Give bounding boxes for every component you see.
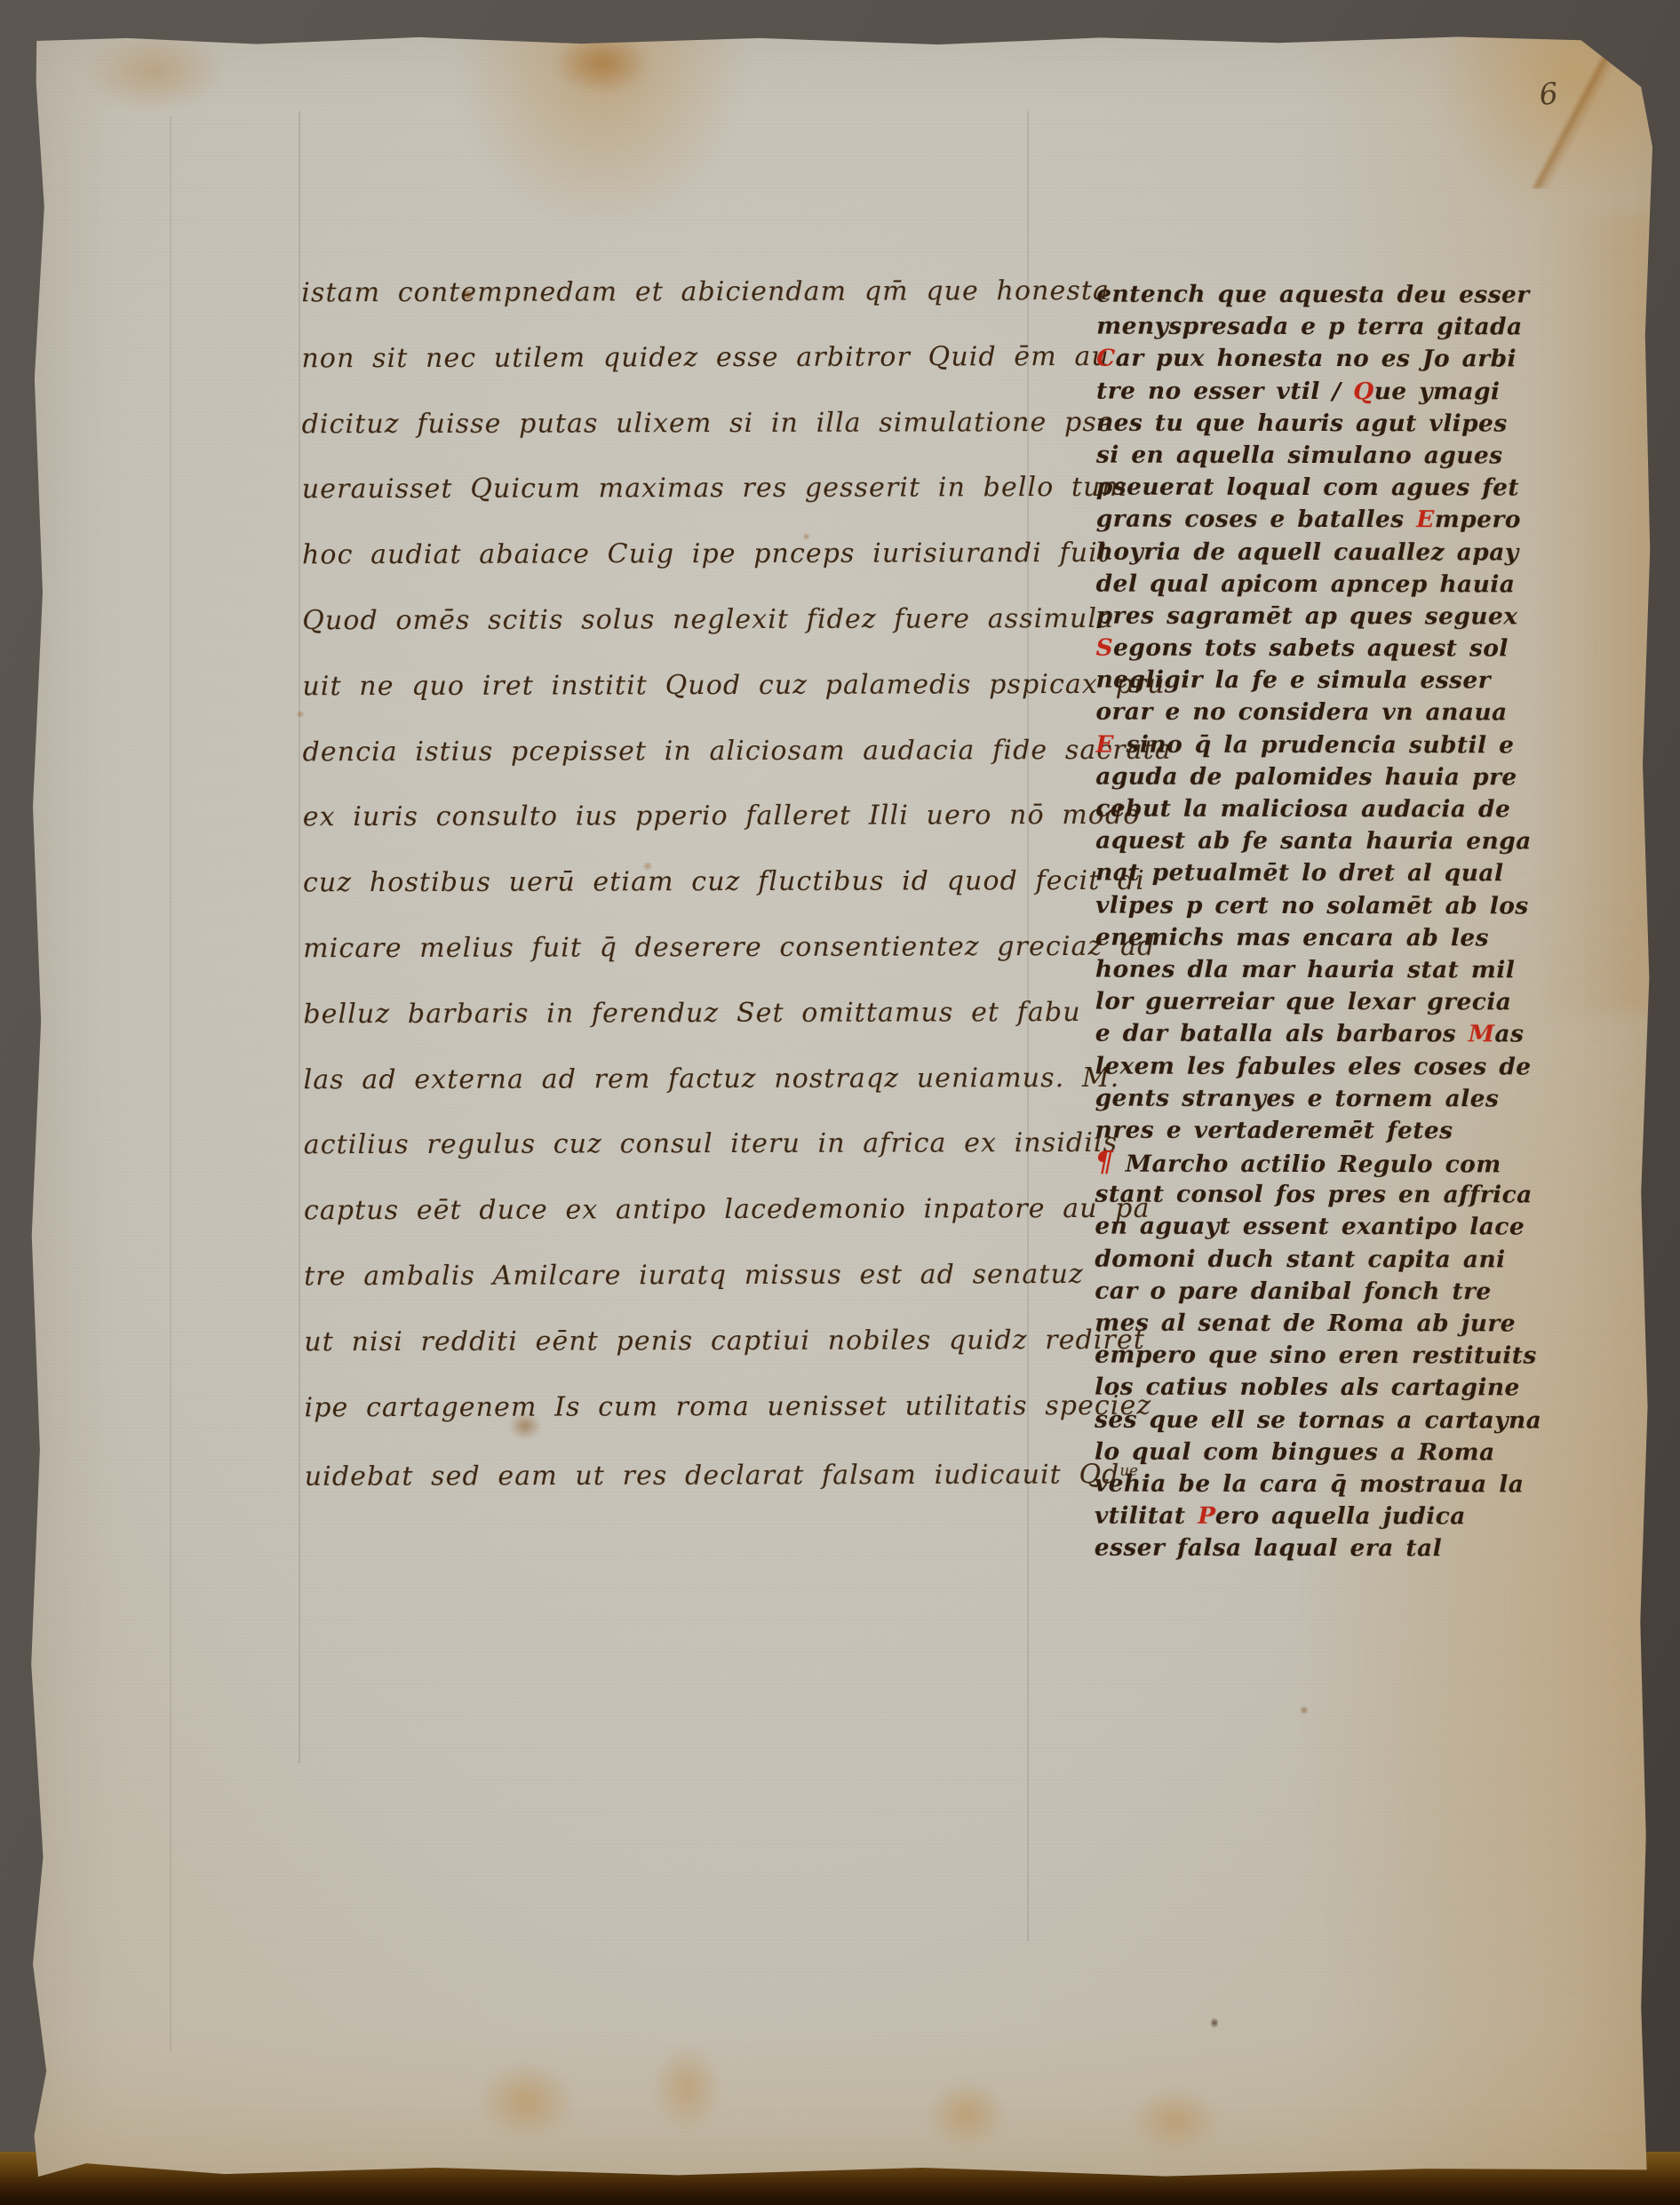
text-segment: ut nisi redditi eēnt penis captiui nobil…	[304, 1325, 1145, 1357]
fox-spot	[1300, 1706, 1309, 1715]
text-line: Segons tots sabets aquest sol	[1096, 633, 1543, 665]
text-segment: pseuerat loqual com agues fet	[1096, 474, 1519, 502]
text-segment: non sit nec utilem quidez esse arbitror …	[301, 341, 1109, 374]
catalan-column: entench que aquesta deu essermenyspresad…	[1095, 279, 1544, 1565]
text-line: stant consol fos pres en affrica	[1095, 1179, 1541, 1212]
text-segment: enemichs mas encara ab les	[1095, 923, 1489, 951]
rubricated-letter: Q	[1353, 378, 1374, 405]
text-segment: negligir la fe e simula esser	[1095, 666, 1491, 695]
text-segment: lor guerreiar que lexar grecia	[1095, 988, 1512, 1016]
ruling-line	[299, 111, 300, 1763]
text-segment: vehia be la cara q̄ mostraua la	[1095, 1469, 1524, 1498]
text-segment: vlipes p cert no solamēt ab los	[1095, 891, 1529, 919]
text-segment: ue ymagi	[1374, 378, 1501, 405]
text-segment: tre no esser vtil /	[1096, 377, 1353, 405]
photo-of-manuscript: { "page": { "description": "Medieval man…	[0, 0, 1680, 2205]
text-segment: cebut la maliciosa audacia de	[1095, 795, 1510, 824]
text-line: ¶ Marcho actilio Regulo com	[1095, 1147, 1541, 1180]
text-line: nes tu que hauris agut vlipes	[1096, 407, 1543, 440]
text-line: las ad externa ad rem factuz nostraqz ue…	[303, 1045, 1172, 1112]
stain	[83, 31, 225, 111]
text-segment: cuz hostibus uerū etiam cuz fluctibus id…	[303, 865, 1145, 898]
text-segment: sino q̄ la prudencia subtil e	[1114, 730, 1514, 759]
text-line: vtilitat Pero aquella judica	[1095, 1501, 1541, 1533]
text-line: aquest ab fe santa hauria enga	[1095, 825, 1542, 858]
text-segment: mpero	[1435, 506, 1521, 534]
text-segment: menyspresada e p terra gitada	[1096, 313, 1522, 341]
text-line: istam contempnedam et abiciendam qm̄ que…	[301, 259, 1170, 326]
rubricated-letter: ¶	[1095, 1146, 1113, 1179]
text-line: en aguayt essent exantipo lace	[1095, 1211, 1541, 1244]
text-line: nres e vertaderemēt fetes	[1095, 1114, 1542, 1147]
text-line: hoc audiat abaiace Cuig ipe pnceps iuris…	[302, 521, 1171, 588]
text-segment: lo qual com bingues a Roma	[1095, 1437, 1495, 1466]
text-line: empero que sino eren restituits	[1095, 1340, 1541, 1373]
text-line: del qual apicom apncep hauia	[1096, 568, 1543, 601]
text-segment: Marcho actilio Regulo com	[1113, 1150, 1501, 1179]
text-segment: los catius nobles als cartagine	[1095, 1373, 1520, 1402]
text-line: lor guerreiar que lexar grecia	[1095, 986, 1542, 1019]
text-line: vehia be la cara q̄ mostraua la	[1095, 1468, 1541, 1501]
text-segment: aguda de palomides hauia pre	[1095, 762, 1517, 791]
text-line: lo qual com bingues a Roma	[1095, 1436, 1541, 1469]
rubricated-letter: S	[1096, 634, 1114, 662]
text-segment: lexem les fabules eles coses de	[1095, 1052, 1532, 1080]
text-segment: ar pux honesta no es Jo arbi	[1116, 345, 1517, 373]
text-line: uerauisset Quicum maximas res gesserit i…	[302, 455, 1171, 522]
text-segment: ero aquella judica	[1215, 1502, 1466, 1530]
text-line: non sit nec utilem quidez esse arbitror …	[301, 324, 1170, 392]
text-segment: captus eēt duce ex antipo lacedemonio in…	[304, 1193, 1151, 1226]
text-segment: nat petualmēt lo dret al qual	[1095, 859, 1503, 888]
text-segment: empero que sino eren restituits	[1095, 1341, 1537, 1370]
text-line: car o pare danibal fonch tre	[1095, 1275, 1541, 1308]
stain	[553, 32, 651, 94]
text-segment: vtilitat	[1095, 1502, 1198, 1530]
text-segment: ses que ell se tornas a cartayna	[1095, 1405, 1541, 1434]
text-segment: istam contempnedam et abiciendam qm̄ que…	[301, 275, 1110, 308]
text-segment: en aguayt essent exantipo lace	[1095, 1213, 1525, 1241]
text-line: gents stranyes e tornem ales	[1095, 1082, 1542, 1115]
text-line: tre no esser vtil / Que ymagi	[1096, 375, 1543, 408]
text-line: ex iuris consulto ius pperio falleret Il…	[303, 783, 1172, 850]
text-line: uit ne quo iret institit Quod cuz palame…	[302, 652, 1171, 720]
text-segment: ipe cartagenem Is cum roma uenisset util…	[305, 1389, 1152, 1422]
latin-column: istam contempnedam et abiciendam qm̄ que…	[301, 259, 1174, 1507]
text-segment: entench que aquesta deu esser	[1096, 281, 1529, 309]
text-line: vlipes p cert no solamēt ab los	[1095, 889, 1542, 922]
text-line: esser falsa laqual era tal	[1095, 1532, 1541, 1565]
text-line: mes al senat de Roma ab jure	[1095, 1308, 1541, 1341]
text-segment: gents stranyes e tornem ales	[1095, 1084, 1500, 1112]
text-line: cuz hostibus uerū etiam cuz fluctibus id…	[303, 848, 1172, 916]
text-segment: dencia istius pcepisset in aliciosam aud…	[303, 734, 1172, 768]
manuscript-page: 6 istam contempnedam et abiciendam qm̄ q…	[29, 36, 1652, 2178]
text-segment: uit ne quo iret institit Quod cuz palame…	[302, 669, 1165, 703]
text-line: entench que aquesta deu esser	[1096, 279, 1543, 312]
folio-number: 6	[1538, 72, 1596, 122]
text-line: e dar batalla als barbaros Mas	[1095, 1018, 1542, 1051]
text-segment: uerauisset Quicum maximas res gesserit i…	[302, 472, 1127, 505]
text-line: si en aquella simulano agues	[1096, 439, 1543, 472]
text-line: ut nisi redditi eēnt penis captiui nobil…	[304, 1307, 1173, 1374]
text-line: domoni duch stant capita ani	[1095, 1243, 1541, 1276]
text-line: menyspresada e p terra gitada	[1096, 311, 1543, 344]
text-segment: aquest ab fe santa hauria enga	[1095, 827, 1532, 856]
text-line: lexem les fabules eles coses de	[1095, 1050, 1542, 1083]
text-segment: si en aquella simulano agues	[1096, 441, 1503, 469]
text-line: ipe cartagenem Is cum roma uenisset util…	[304, 1373, 1173, 1440]
text-segment: actilius regulus cuz consul iteru in afr…	[304, 1127, 1118, 1160]
text-line: E sino q̄ la prudencia subtil e	[1095, 728, 1542, 761]
text-line: cebut la maliciosa audacia de	[1095, 793, 1542, 826]
text-segment: grans coses e batalles	[1096, 505, 1416, 534]
text-segment: mes al senat de Roma ab jure	[1095, 1309, 1516, 1338]
fox-spot	[1211, 2017, 1218, 2029]
stain	[478, 2061, 576, 2141]
text-segment: nes tu que hauris agut vlipes	[1096, 409, 1508, 437]
text-line: dicituz fuisse putas ulixem si in illa s…	[302, 389, 1171, 457]
text-line: nat petualmēt lo dret al qual	[1095, 857, 1542, 890]
rubricated-letter: C	[1096, 345, 1116, 372]
text-line: negligir la fe e simula esser	[1095, 665, 1542, 697]
text-line: enemichs mas encara ab les	[1095, 921, 1542, 954]
text-segment: stant consol fos pres en affrica	[1095, 1181, 1532, 1209]
text-segment: esser falsa laqual era tal	[1095, 1534, 1442, 1563]
stain	[1131, 2088, 1220, 2154]
stain	[1540, 213, 1655, 1013]
text-line: Car pux honesta no es Jo arbi	[1096, 343, 1543, 376]
text-segment: micare melius fuit q̄ deserere consentie…	[303, 931, 1155, 965]
text-segment: domoni duch stant capita ani	[1095, 1245, 1505, 1273]
text-segment: nres e vertaderemēt fetes	[1095, 1116, 1453, 1144]
rubricated-letter: M	[1469, 1021, 1495, 1048]
stain	[456, 28, 749, 233]
text-segment: ex iuris consulto ius pperio falleret Il…	[303, 800, 1141, 832]
text-line: aguda de palomides hauia pre	[1095, 760, 1542, 793]
text-segment: hoyria de aquell cauallez apay	[1096, 537, 1519, 566]
text-segment: e dar batalla als barbaros	[1095, 1020, 1469, 1048]
stain	[651, 2043, 722, 2132]
text-segment: car o pare danibal fonch tre	[1095, 1277, 1491, 1305]
text-segment: las ad externa ad rem factuz nostraqz ue…	[304, 1062, 1120, 1095]
text-segment: as	[1494, 1021, 1524, 1048]
stain	[927, 2079, 1007, 2150]
text-segment: Quod omēs scitis solus neglexit fidez fu…	[302, 603, 1114, 636]
text-line: Quod omēs scitis solus neglexit fidez fu…	[302, 586, 1171, 654]
text-line: hoyria de aquell cauallez apay	[1096, 536, 1543, 569]
text-line: uidebat sed eam ut res declarat falsam i…	[305, 1438, 1174, 1506]
text-segment: egons tots sabets aquest sol	[1113, 634, 1509, 663]
text-line: actilius regulus cuz consul iteru in afr…	[304, 1110, 1173, 1178]
text-segment: pres sagramēt ap ques seguex	[1096, 601, 1518, 630]
text-line: hones dla mar hauria stat mil	[1095, 953, 1542, 986]
text-line: micare melius fuit q̄ deserere consentie…	[303, 914, 1172, 982]
text-segment: tre ambalis Amilcare iuratq missus est a…	[304, 1259, 1084, 1292]
rubricated-letter: E	[1095, 730, 1114, 758]
text-line: ses que ell se tornas a cartayna	[1095, 1404, 1541, 1437]
text-segment: del qual apicom apncep hauia	[1096, 569, 1516, 598]
text-segment: dicituz fuisse putas ulixem si in illa s…	[302, 406, 1114, 439]
text-segment: hones dla mar hauria stat mil	[1095, 955, 1515, 983]
rubricated-letter: E	[1416, 506, 1435, 534]
ruling-line	[170, 115, 171, 2052]
text-line: dencia istius pcepisset in aliciosam aud…	[303, 717, 1172, 784]
text-line: grans coses e batalles Empero	[1096, 504, 1543, 537]
text-line: belluz barbaris in ferenduz Set omittamu…	[303, 979, 1172, 1047]
text-line: tre ambalis Amilcare iuratq missus est a…	[304, 1242, 1173, 1309]
text-line: captus eēt duce ex antipo lacedemonio in…	[304, 1176, 1173, 1244]
text-line: orar e no considera vn anaua	[1095, 697, 1542, 729]
rubricated-letter: P	[1198, 1502, 1215, 1530]
text-segment: belluz barbaris in ferenduz Set omittamu…	[303, 997, 1080, 1030]
text-segment: orar e no considera vn anaua	[1095, 698, 1507, 727]
text-segment: uidebat sed eam ut res declarat falsam i…	[305, 1459, 1120, 1492]
text-line: pres sagramēt ap ques seguex	[1096, 600, 1543, 633]
text-line: pseuerat loqual com agues fet	[1096, 472, 1543, 505]
text-segment: hoc audiat abaiace Cuig ipe pnceps iuris…	[302, 537, 1110, 570]
text-line: los catius nobles als cartagine	[1095, 1372, 1541, 1405]
